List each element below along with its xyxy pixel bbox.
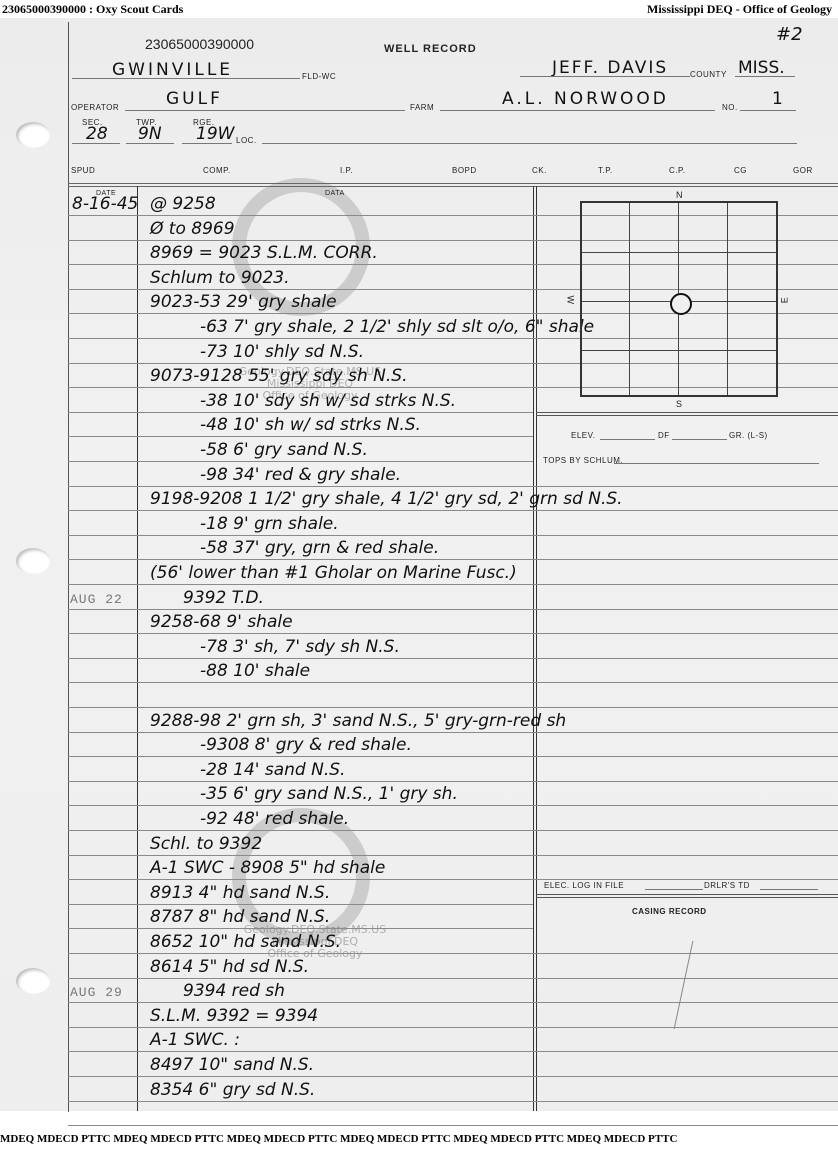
ruled-line [68,682,838,683]
punch-hole [16,548,50,574]
twp-underline [126,143,174,144]
ruled-line [68,1027,838,1028]
comp-label: COMP. [203,166,231,175]
ruled-line [68,535,838,536]
entry-text: S.L.M. 9392 = 9394 [150,1006,318,1026]
entry-text: -63 7' gry shale, 2 1/2' shly sd slt o/o… [200,317,594,337]
well-no-underline [740,110,796,111]
sec-value: 28 [86,124,108,144]
ruled-line [68,781,838,782]
entry-text: 9288-98 2' grn sh, 3' sand N.S., 5' gry-… [150,711,566,731]
card-title: WELL RECORD [384,43,477,55]
drlr-td-underline [760,889,818,890]
plat-divider [536,412,838,413]
operator-value: GULF [166,89,223,109]
plat-south-label: S [676,399,683,409]
county-value: JEFF. DAVIS [552,58,668,78]
loc-underline [262,143,797,144]
sec-underline [72,143,120,144]
ck-label: CK. [532,166,547,175]
entry-text: Schlum to 9023. [150,268,290,288]
plat-north-label: N [676,190,683,200]
section-plat-grid [580,201,778,397]
ruled-line [68,1051,838,1052]
footer-banner: MDEQ MDECD PTTC MDEQ MDECD PTTC MDEQ MDE… [0,1133,838,1151]
df-label: DF [658,431,670,440]
entry-text: 8614 5" hd sd N.S. [150,957,309,977]
ruled-line [68,904,533,905]
operator-underline [125,110,405,111]
ruled-line [68,732,838,733]
county-label: COUNTY [690,70,727,79]
entry-text: -88 10' shale [200,661,310,681]
ruled-line [68,1076,838,1077]
ruled-line [68,609,838,610]
entry-text: 8913 4" hd sand N.S. [150,883,330,903]
ruled-line [68,953,838,954]
ruled-line [68,1002,838,1003]
ruled-line [68,830,838,831]
entry-text: 8354 6" gry sd N.S. [150,1080,315,1100]
entry-text: A-1 SWC. : [150,1030,240,1050]
casing-record-header: CASING RECORD [632,907,707,916]
entry-text: -35 6' gry sand N.S., 1' gry sh. [200,784,458,804]
gor-label: GOR [793,166,813,175]
loc-label: LOC. [236,136,257,145]
entry-text: -58 6' gry sand N.S. [200,440,368,460]
cp-label: C.P. [669,166,686,175]
ruled-line [68,658,838,659]
ip-label: I.P. [340,166,353,175]
operator-label: OPERATOR [71,103,119,112]
drlr-td-label: DRLR'S TD [704,881,750,890]
twp-value: 9N [138,124,162,144]
farm-value: A.L. NORWOOD [502,89,669,109]
entry-text: 8787 8" hd sand N.S. [150,907,330,927]
entry-text: 9198-9208 1 1/2' gry shale, 4 1/2' gry s… [150,489,623,509]
entry-text: -78 3' sh, 7' sdy sh N.S. [200,637,400,657]
entry-text: 9394 red sh [183,981,285,1001]
ruled-line [68,805,838,806]
plat-east-label: E [779,297,789,304]
ruled-line [68,707,838,708]
county-underline [520,76,690,77]
ruled-line [68,559,838,560]
ruled-line [68,510,838,511]
entry-text: 9023-53 29' gry shale [150,292,337,312]
ruled-line [68,879,838,880]
entry-text: 8969 = 9023 S.L.M. CORR. [150,243,378,263]
api-number: 23065000390000 [145,36,254,52]
ruled-line [68,1125,838,1126]
punch-hole [16,968,50,994]
ruled-line [68,486,838,487]
well-no-label: NO. [722,103,738,112]
card-number-note: #2 [776,24,803,45]
entry-text: A-1 SWC - 8908 5" hd shale [150,858,385,878]
field-value: GWINVILLE [112,60,233,80]
ruled-line [68,461,533,462]
header-divider [68,186,838,187]
ruled-line [68,928,533,929]
rge-underline [182,143,232,144]
entry-text: @ 9258 [150,194,216,214]
entry-text: -38 10' sdy sh w/ sd strks N.S. [200,391,456,411]
header-divider [68,183,838,184]
entry-text: -48 10' sh w/ sd strks N.S. [200,415,421,435]
well-location-marker [670,293,692,315]
entry-text: -73 10' shly sd N.S. [200,342,364,362]
casing-divider [536,897,838,898]
entry-text: (56' lower than #1 Gholar on Marine Fusc… [150,563,517,583]
ruled-line [68,584,838,585]
viewer-title-bar: 23065000390000 : Oxy Scout Cards Mississ… [0,0,838,18]
state-value: MISS. [738,58,785,78]
casing-divider [536,894,838,895]
entry-text: -18 9' grn shale. [200,514,339,534]
elec-log-underline [645,889,703,890]
ruled-line [68,855,838,856]
plat-divider [536,415,838,416]
entry-text: -58 37' gry, grn & red shale. [200,538,439,558]
ruled-line [68,412,533,413]
entry-text: Ø to 8969 [150,219,235,239]
entry-text: -98 34' red & gry shale. [200,465,401,485]
record-title: 23065000390000 : Oxy Scout Cards [2,2,183,17]
farm-label: FARM [410,103,434,112]
entry-text: 8652 10" hd sand N.S. [150,932,341,952]
entry-text: 9392 T.D. [183,588,264,608]
gr-label: GR. (L-S) [729,431,768,440]
well-no-value: 1 [772,89,783,109]
date-column-divider [137,186,138,1111]
entry-text: -9308 8' gry & red shale. [200,735,412,755]
rge-value: 19W [196,124,234,144]
state-underline [735,76,795,77]
tp-label: T.P. [598,166,613,175]
entry-text: -92 48' red shale. [200,809,349,829]
data-column-header: DATA [325,190,345,197]
entry-text: 9073-9128 55' gry sdy sh N.S. [150,366,407,386]
agency-name: Mississippi DEQ - Office of Geology [647,2,832,17]
entry-date: AUG 29 [70,985,123,1000]
ruled-line [68,633,838,634]
field-label: FLD-WC [302,72,336,81]
cg-label: CG [734,166,747,175]
ruled-line [68,1101,838,1102]
entry-text: -28 14' sand N.S. [200,760,345,780]
entry-text: Schl. to 9392 [150,834,262,854]
farm-underline [440,110,715,111]
spud-label: SPUD [71,166,95,175]
ruled-line [68,756,838,757]
ruled-line [68,436,533,437]
elev-underline [600,439,655,440]
bopd-label: BOPD [452,166,477,175]
elec-log-label: ELEC. LOG IN FILE [544,881,624,890]
punch-hole [16,122,50,148]
entry-date: AUG 22 [70,592,123,607]
entry-date: 8-16-45 [72,194,138,214]
tops-by-schlum-label: TOPS BY SCHLUM. [543,456,623,465]
plat-west-label: W [566,296,576,305]
entry-text: 9258-68 9' shale [150,612,293,632]
df-underline [672,439,727,440]
tops-underline [614,463,819,464]
entry-text: 8497 10" sand N.S. [150,1055,314,1075]
field-underline [72,78,300,79]
elev-label: ELEV. [571,431,595,440]
ruled-line [68,978,838,979]
